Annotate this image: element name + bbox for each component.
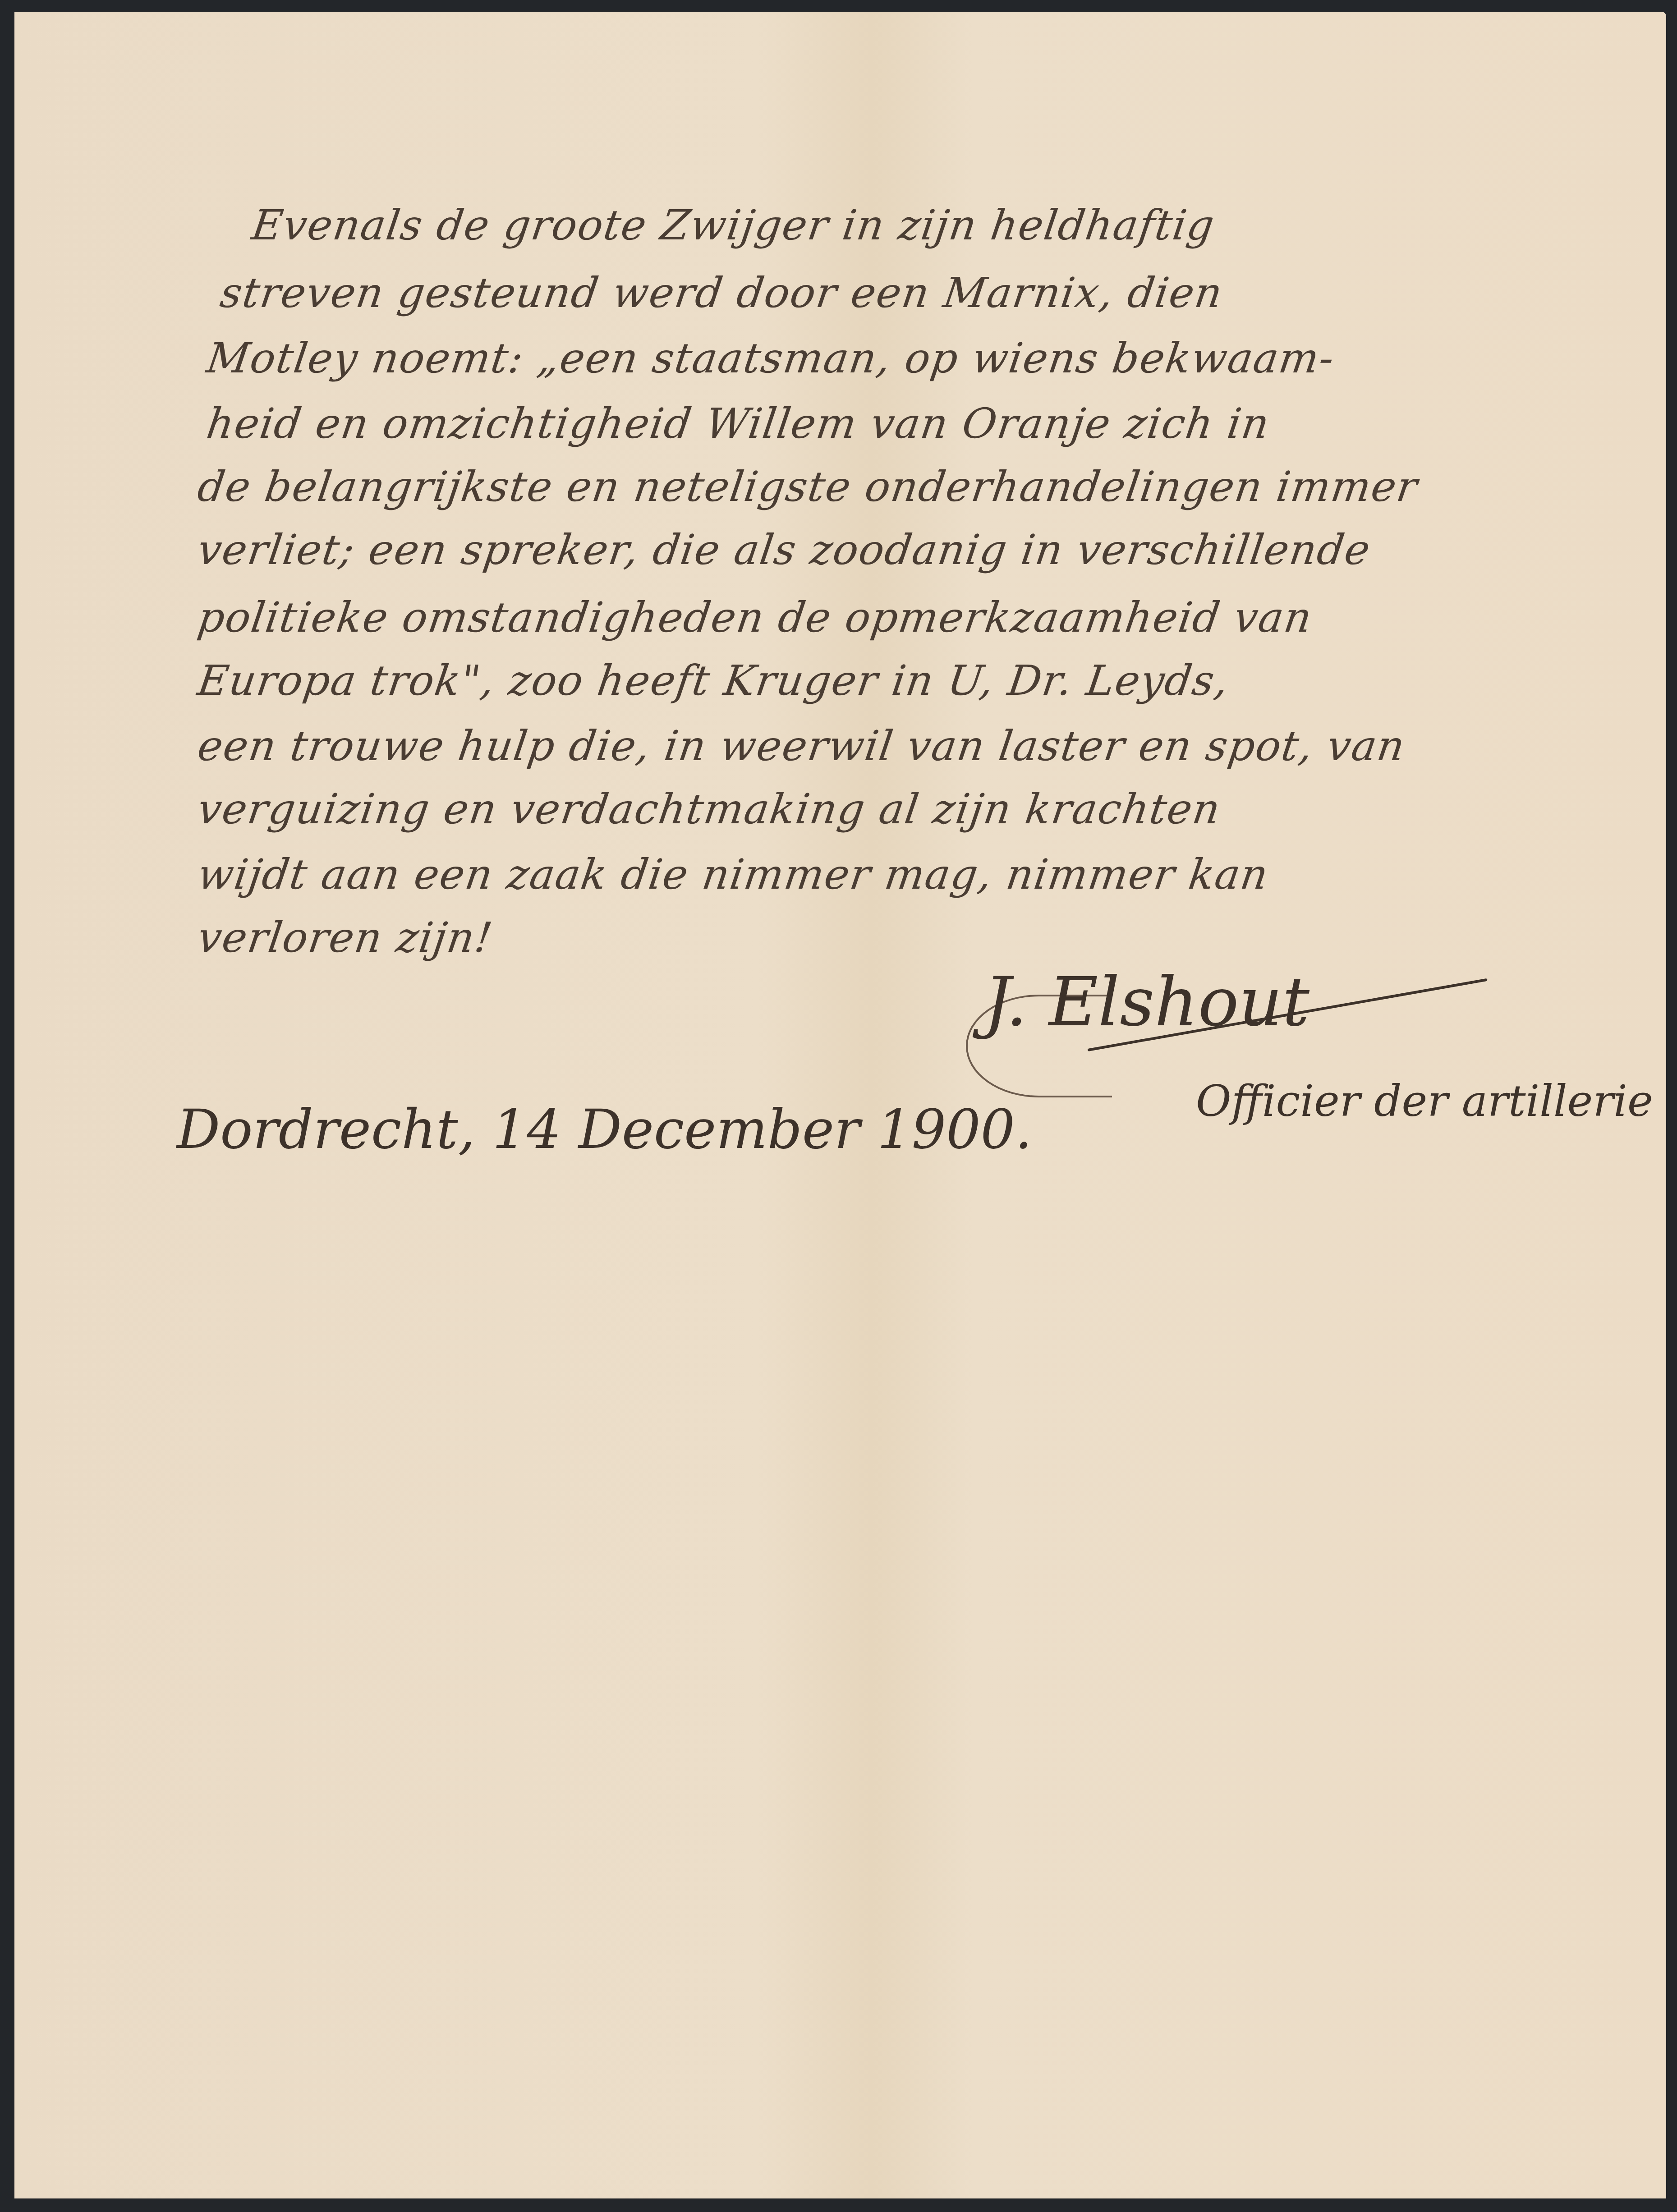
place-and-date: Dordrecht, 14 December 1900. (177, 1098, 1032, 1161)
body-line-1: Evenals de groote Zwijger in zijn heldha… (249, 201, 1218, 249)
signatory-title: Officier der artillerie (1196, 1076, 1653, 1126)
body-line-3: Motley noemt: „een staatsman, op wiens b… (204, 334, 1338, 382)
body-line-9: een trouwe hulp die, in weerwil van last… (195, 722, 1409, 770)
signature: J. Elshout (984, 963, 1309, 1042)
body-line-2: streven gesteund werd door een Marnix, d… (217, 269, 1226, 317)
body-line-5: de belangrijkste en neteligste onderhand… (195, 463, 1421, 511)
body-line-4: heid en omzichtigheid Willem van Oranje … (204, 399, 1273, 448)
body-line-10: verguizing en verdachtmaking al zijn kra… (195, 785, 1224, 833)
letter-page: Evenals de groote Zwijger in zijn heldha… (14, 12, 1666, 2198)
body-line-8: Europa trok", zoo heeft Kruger in U, Dr.… (195, 656, 1232, 705)
body-line-12: verloren zijn! (195, 913, 496, 962)
body-line-11: wijdt aan een zaak die nimmer mag, nimme… (195, 850, 1272, 899)
body-line-7: politieke omstandigheden de opmerkzaamhe… (195, 593, 1315, 642)
body-line-6: verliet; een spreker, die als zoodanig i… (195, 526, 1374, 574)
